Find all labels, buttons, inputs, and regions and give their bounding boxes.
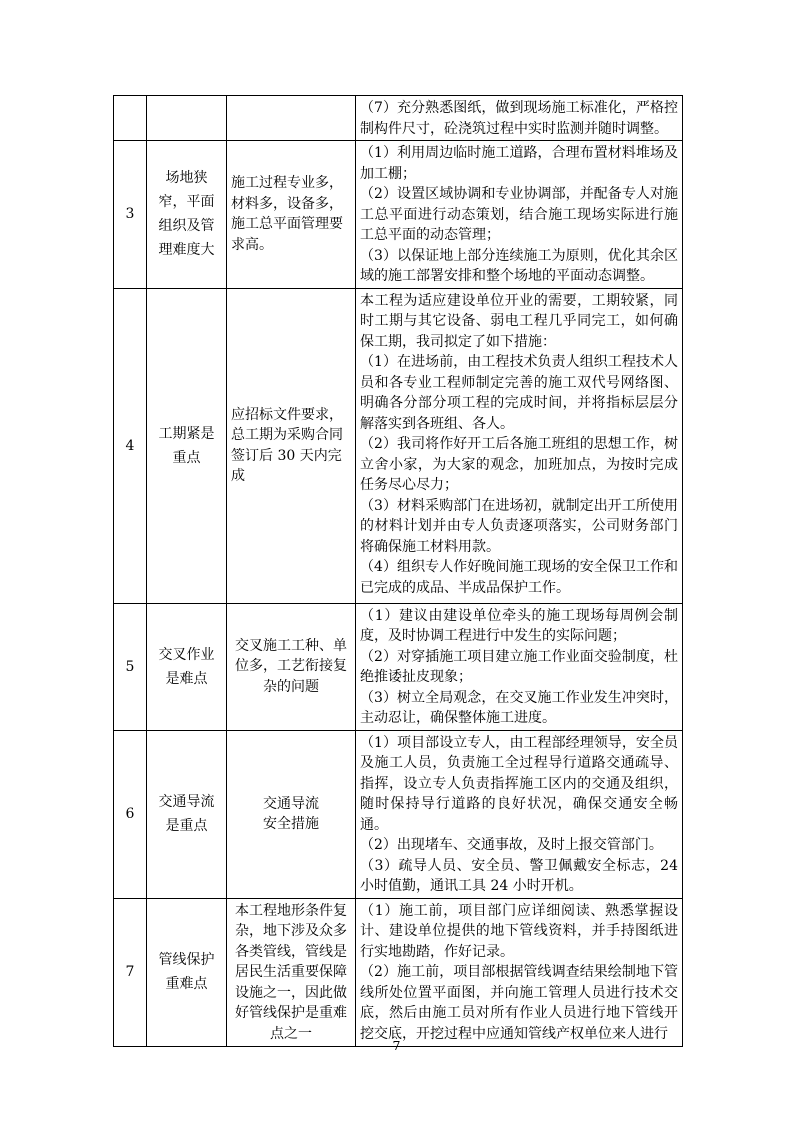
measure-paragraph: （2）出现堵车、交通事故，及时上报交管部门。 (360, 835, 678, 856)
measure-paragraph: （3）疏导人员、安全员、警卫佩戴安全标志，24 小时值勤，通讯工具 24 小时开… (360, 856, 678, 897)
row-description-cell: 施工过程专业多，材料多，设备多，施工总平面管理要求高。 (227, 141, 356, 289)
row-title-cell: 工期紧是重点 (147, 288, 227, 603)
measure-paragraph: （2）对穿插施工项目建立施工作业面交验制度，杜绝推诿扯皮现象； (360, 647, 678, 688)
measure-paragraph: （1）利用周边临时施工道路，合理布置材料堆场及加工棚； (360, 143, 678, 184)
key-difficulties-table: （7）充分熟悉图纸，做到现场施工标准化，严格控制构件尺寸，砼浇筑过程中实时监测并… (113, 95, 683, 1047)
measure-paragraph: （4）组织专人作好晚间施工现场的安全保卫工作和已完成的成品、半成品保护工作。 (360, 557, 678, 598)
measure-paragraph: （3）材料采购部门在进场初，就制定出开工所使用的材料计划并由专人负责逐项落实，公… (360, 496, 678, 558)
measure-paragraph: （1）施工前，项目部门应详细阅读、熟悉掌握设计、建设单位提供的地下管线资料，并手… (360, 901, 678, 963)
page-number: 7 (0, 1039, 793, 1053)
row-title-cell: 交叉作业是难点 (147, 603, 227, 730)
row-number-cell: 6 (114, 730, 147, 898)
row-number-cell: 4 (114, 288, 147, 603)
table-row-5: 5 交叉作业是难点 交叉施工工种、单位多，工艺衔接复杂的问题 （1）建议由建设单… (114, 603, 683, 730)
row-description-cell: 交叉施工工种、单位多，工艺衔接复杂的问题 (227, 603, 356, 730)
row-measures-cell: （1）利用周边临时施工道路，合理布置材料堆场及加工棚； （2）设置区域协调和专业… (356, 141, 683, 289)
measure-paragraph: 本工程为适应建设单位开业的需要，工期较紧，同时工期与其它设备、弱电工程几乎同完工… (360, 291, 678, 353)
row-title-cell: 交通导流是重点 (147, 730, 227, 898)
measure-paragraph: （2）设置区域协调和专业协调部，并配备专人对施工总平面进行动态策划，结合施工现场… (360, 184, 678, 246)
row-number-cell: 3 (114, 141, 147, 289)
table-row-continuation: （7）充分熟悉图纸，做到现场施工标准化，严格控制构件尺寸，砼浇筑过程中实时监测并… (114, 96, 683, 141)
measure-paragraph: （1）在进场前，由工程技术负责人组织工程技术人员和各专业工程师制定完善的施工双代… (360, 352, 678, 434)
measure-paragraph: （7）充分熟悉图纸，做到现场施工标准化，严格控制构件尺寸，砼浇筑过程中实时监测并… (360, 98, 678, 139)
measure-paragraph: （2）施工前，项目部根据管线调查结果绘制地下管线所处位置平面图，并向施工管理人员… (360, 962, 678, 1044)
measure-paragraph: （2）我司将作好开工后各施工班组的思想工作，树立舍小家，为大家的观念，加班加点，… (360, 434, 678, 496)
row-title-cell: 管线保护重难点 (147, 898, 227, 1047)
row-measures-cell: （1）施工前，项目部门应详细阅读、熟悉掌握设计、建设单位提供的地下管线资料，并手… (356, 898, 683, 1047)
measure-paragraph: （1）项目部设立专人，由工程部经理领导，安全员及施工人员，负责施工全过程导行道路… (360, 733, 678, 836)
row-description-cell: 本工程地形条件复杂，地下涉及众多各类管线，管线是居民生活重要保障设施之一，因此做… (227, 898, 356, 1047)
row-number-cell: 7 (114, 898, 147, 1047)
document-page: （7）充分熟悉图纸，做到现场施工标准化，严格控制构件尺寸，砼浇筑过程中实时监测并… (0, 0, 793, 1122)
row-measures-cell: （7）充分熟悉图纸，做到现场施工标准化，严格控制构件尺寸，砼浇筑过程中实时监测并… (356, 96, 683, 141)
row-measures-cell: （1）建议由建设单位牵头的施工现场每周例会制度，及时协调工程进行中发生的实际问题… (356, 603, 683, 730)
measure-paragraph: （3）以保证地上部分连续施工为原则，优化其余区域的施工部署安排和整个场地的平面动… (360, 246, 678, 287)
measure-paragraph: （3）树立全局观念，在交叉施工作业发生冲突时，主动忍让，确保整体施工进度。 (360, 688, 678, 729)
row-number-cell (114, 96, 147, 141)
row-title-cell (147, 96, 227, 141)
row-number-cell: 5 (114, 603, 147, 730)
table-row-6: 6 交通导流是重点 交通导流 安全措施 （1）项目部设立专人，由工程部经理领导，… (114, 730, 683, 898)
row-description-cell (227, 96, 356, 141)
table-row-4: 4 工期紧是重点 应招标文件要求，总工期为采购合同签订后 30 天内完成 本工程… (114, 288, 683, 603)
row-description-cell: 交通导流 安全措施 (227, 730, 356, 898)
row-measures-cell: （1）项目部设立专人，由工程部经理领导，安全员及施工人员，负责施工全过程导行道路… (356, 730, 683, 898)
row-measures-cell: 本工程为适应建设单位开业的需要，工期较紧，同时工期与其它设备、弱电工程几乎同完工… (356, 288, 683, 603)
row-title-cell: 场地狭窄，平面组织及管理难度大 (147, 141, 227, 289)
measure-paragraph: （1）建议由建设单位牵头的施工现场每周例会制度，及时协调工程进行中发生的实际问题… (360, 606, 678, 647)
table-row-3: 3 场地狭窄，平面组织及管理难度大 施工过程专业多，材料多，设备多，施工总平面管… (114, 141, 683, 289)
table-row-7: 7 管线保护重难点 本工程地形条件复杂，地下涉及众多各类管线，管线是居民生活重要… (114, 898, 683, 1047)
row-description-cell: 应招标文件要求，总工期为采购合同签订后 30 天内完成 (227, 288, 356, 603)
